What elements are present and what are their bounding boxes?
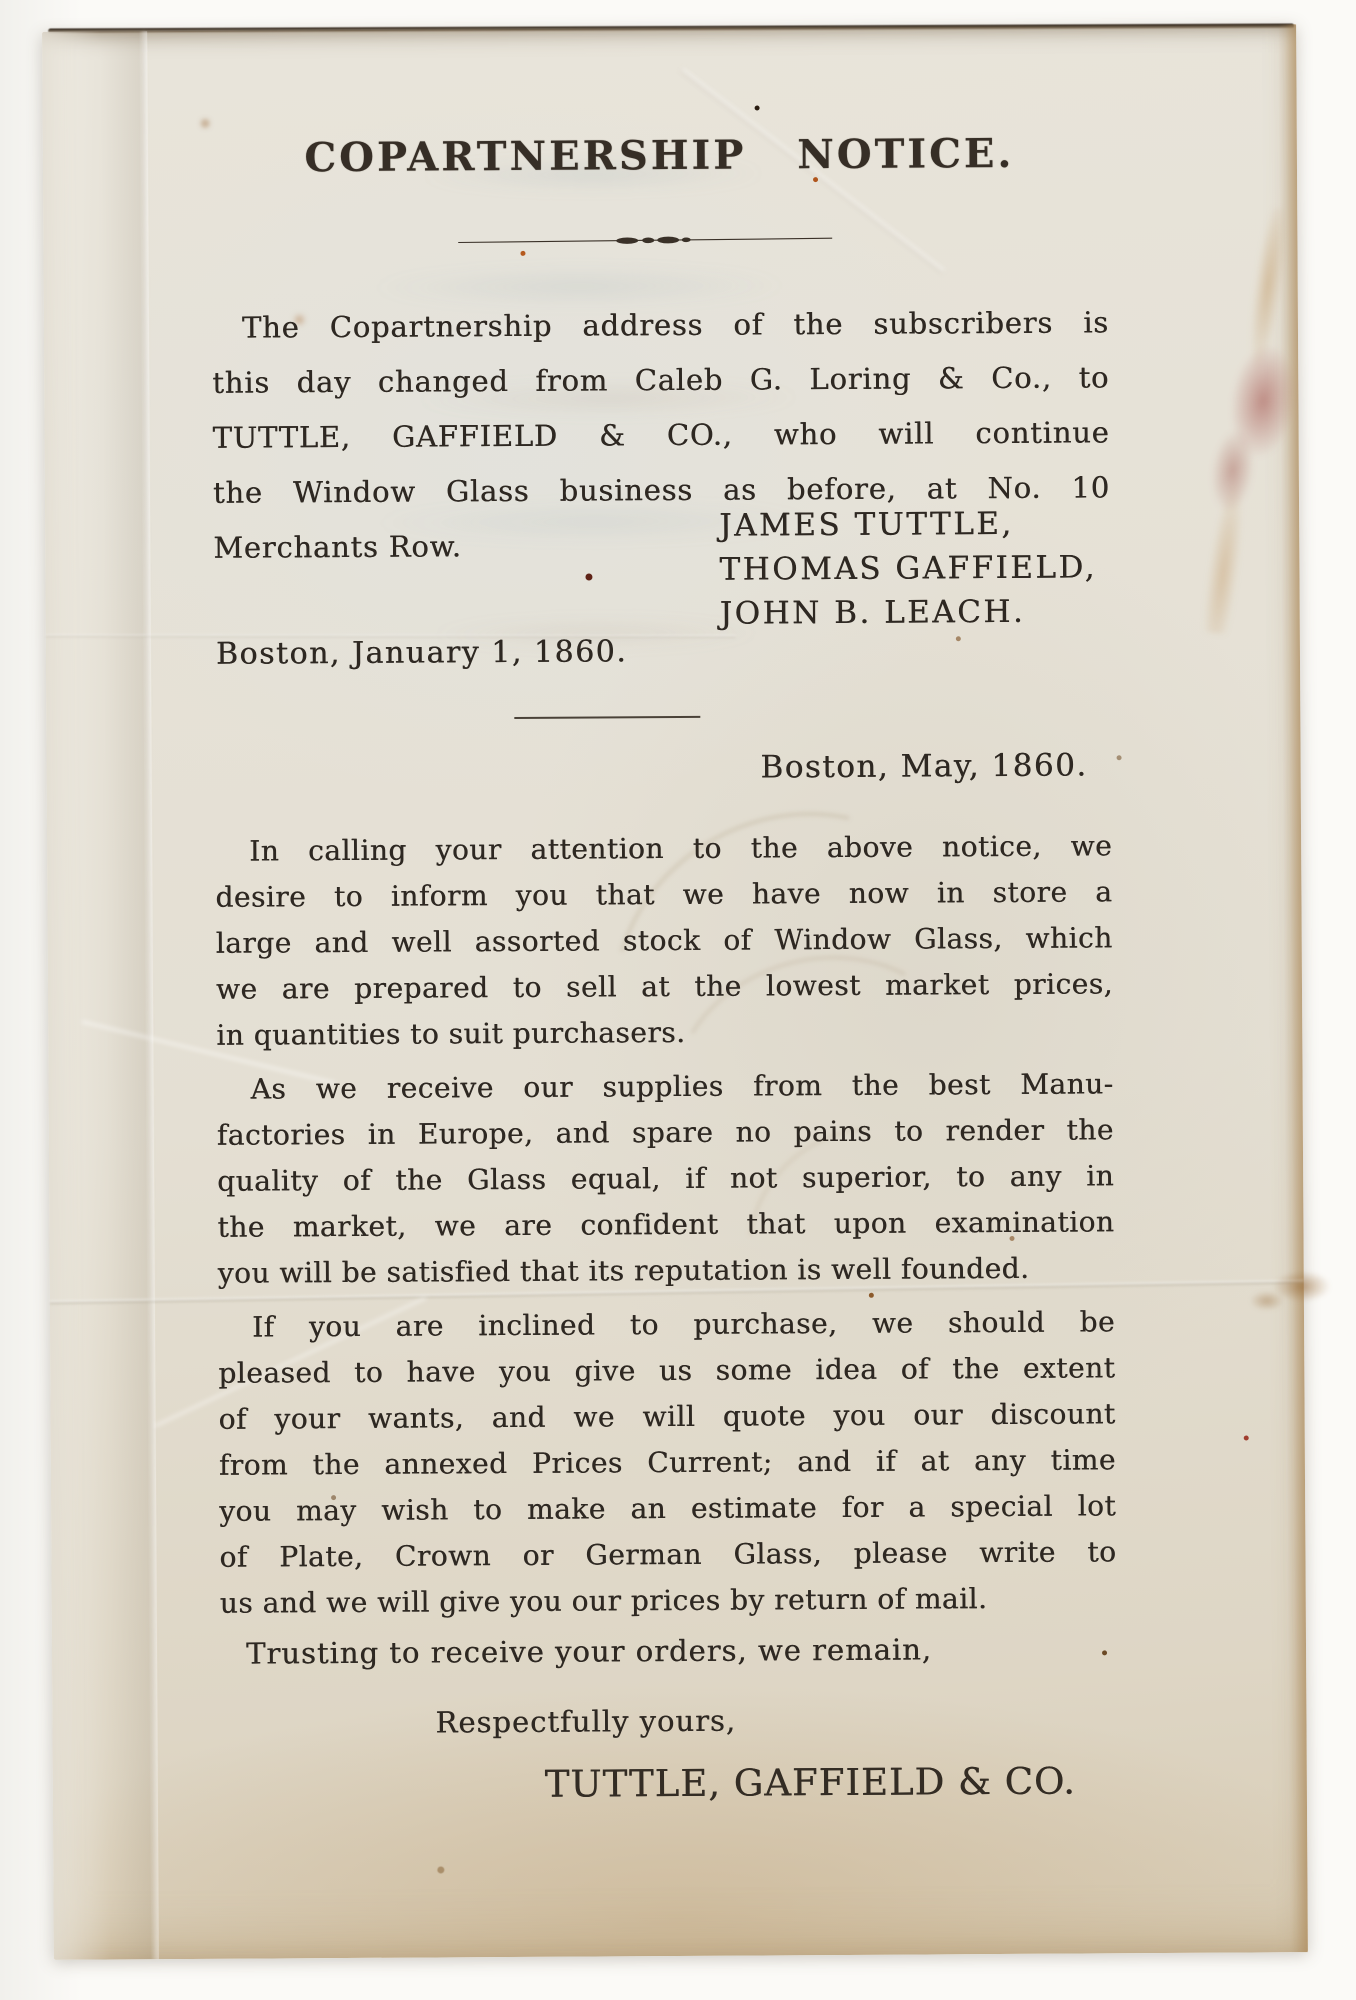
text-line: large and well assorted stock of Window … xyxy=(216,915,1113,966)
text-line: In calling your attention to the above n… xyxy=(215,823,1112,874)
text-line: you may wish to make an estimate for a s… xyxy=(219,1483,1116,1534)
document-content: COPARTNERSHIP NOTICE. The Copartnership … xyxy=(210,25,1119,1958)
swelled-rule-ornament xyxy=(455,232,835,248)
text-line: of your wants, and we will quote you our… xyxy=(218,1391,1115,1442)
text-line: the market, we are confident that upon e… xyxy=(217,1199,1114,1250)
text-line: The Copartnership address of the subscri… xyxy=(212,295,1109,355)
text-line: desire to inform you that we have now in… xyxy=(215,869,1112,920)
text-line: we are prepared to sell at the lowest ma… xyxy=(216,961,1113,1012)
red-stain xyxy=(1107,192,1356,646)
right-edge-toning xyxy=(1278,24,1308,1952)
text-line: quality of the Glass equal, if not super… xyxy=(217,1153,1114,1204)
text-line: in quantities to suit purchasers. xyxy=(216,1007,1113,1058)
valediction: Respectfully yours, xyxy=(435,1704,736,1740)
letter-paragraph-3: If you are inclined to purchase, we shou… xyxy=(218,1299,1117,1626)
notice-dateline: Boston, January 1, 1860. xyxy=(216,634,628,672)
text-line: TUTTLE, GAFFIELD & CO., who will continu… xyxy=(212,405,1109,465)
letter-dateline: Boston, May, 1860. xyxy=(215,747,1112,788)
text-line: JOHN B. LEACH. xyxy=(720,589,1098,635)
letter-body: In calling your attention to the above n… xyxy=(215,823,1117,1634)
text-line: you will be satisfied that its reputatio… xyxy=(218,1245,1115,1296)
letter-paragraph-1: In calling your attention to the above n… xyxy=(215,823,1113,1058)
divider-rule xyxy=(514,716,700,719)
text-line: us and we will give you our prices by re… xyxy=(220,1575,1117,1626)
text-line: of Plate, Crown or German Glass, please … xyxy=(219,1529,1116,1580)
text-line: THOMAS GAFFIELD, xyxy=(719,545,1097,591)
text-line: pleased to have you give us some idea of… xyxy=(218,1345,1115,1396)
text-line: factories in Europe, and spare no pains … xyxy=(217,1107,1114,1158)
text-line: this day changed from Caleb G. Loring & … xyxy=(212,350,1109,410)
letter-paragraph-2: As we receive our supplies from the best… xyxy=(216,1061,1114,1296)
left-fold-shading xyxy=(42,31,159,1960)
company-signature: TUTTLE, GAFFIELD & CO. xyxy=(221,1759,1118,1807)
text-line: JAMES TUTTLE, xyxy=(719,501,1097,547)
document-page: COPARTNERSHIP NOTICE. The Copartnership … xyxy=(42,24,1308,1960)
text-line: If you are inclined to purchase, we shou… xyxy=(218,1299,1115,1350)
text-line: As we receive our supplies from the best… xyxy=(216,1061,1113,1112)
text-line: from the annexed Prices Current; and if … xyxy=(219,1437,1116,1488)
closing-line: Trusting to receive your orders, we rema… xyxy=(246,1632,932,1670)
signatory-list: JAMES TUTTLE,THOMAS GAFFIELD,JOHN B. LEA… xyxy=(719,501,1097,635)
document-title: COPARTNERSHIP NOTICE. xyxy=(211,129,1108,181)
